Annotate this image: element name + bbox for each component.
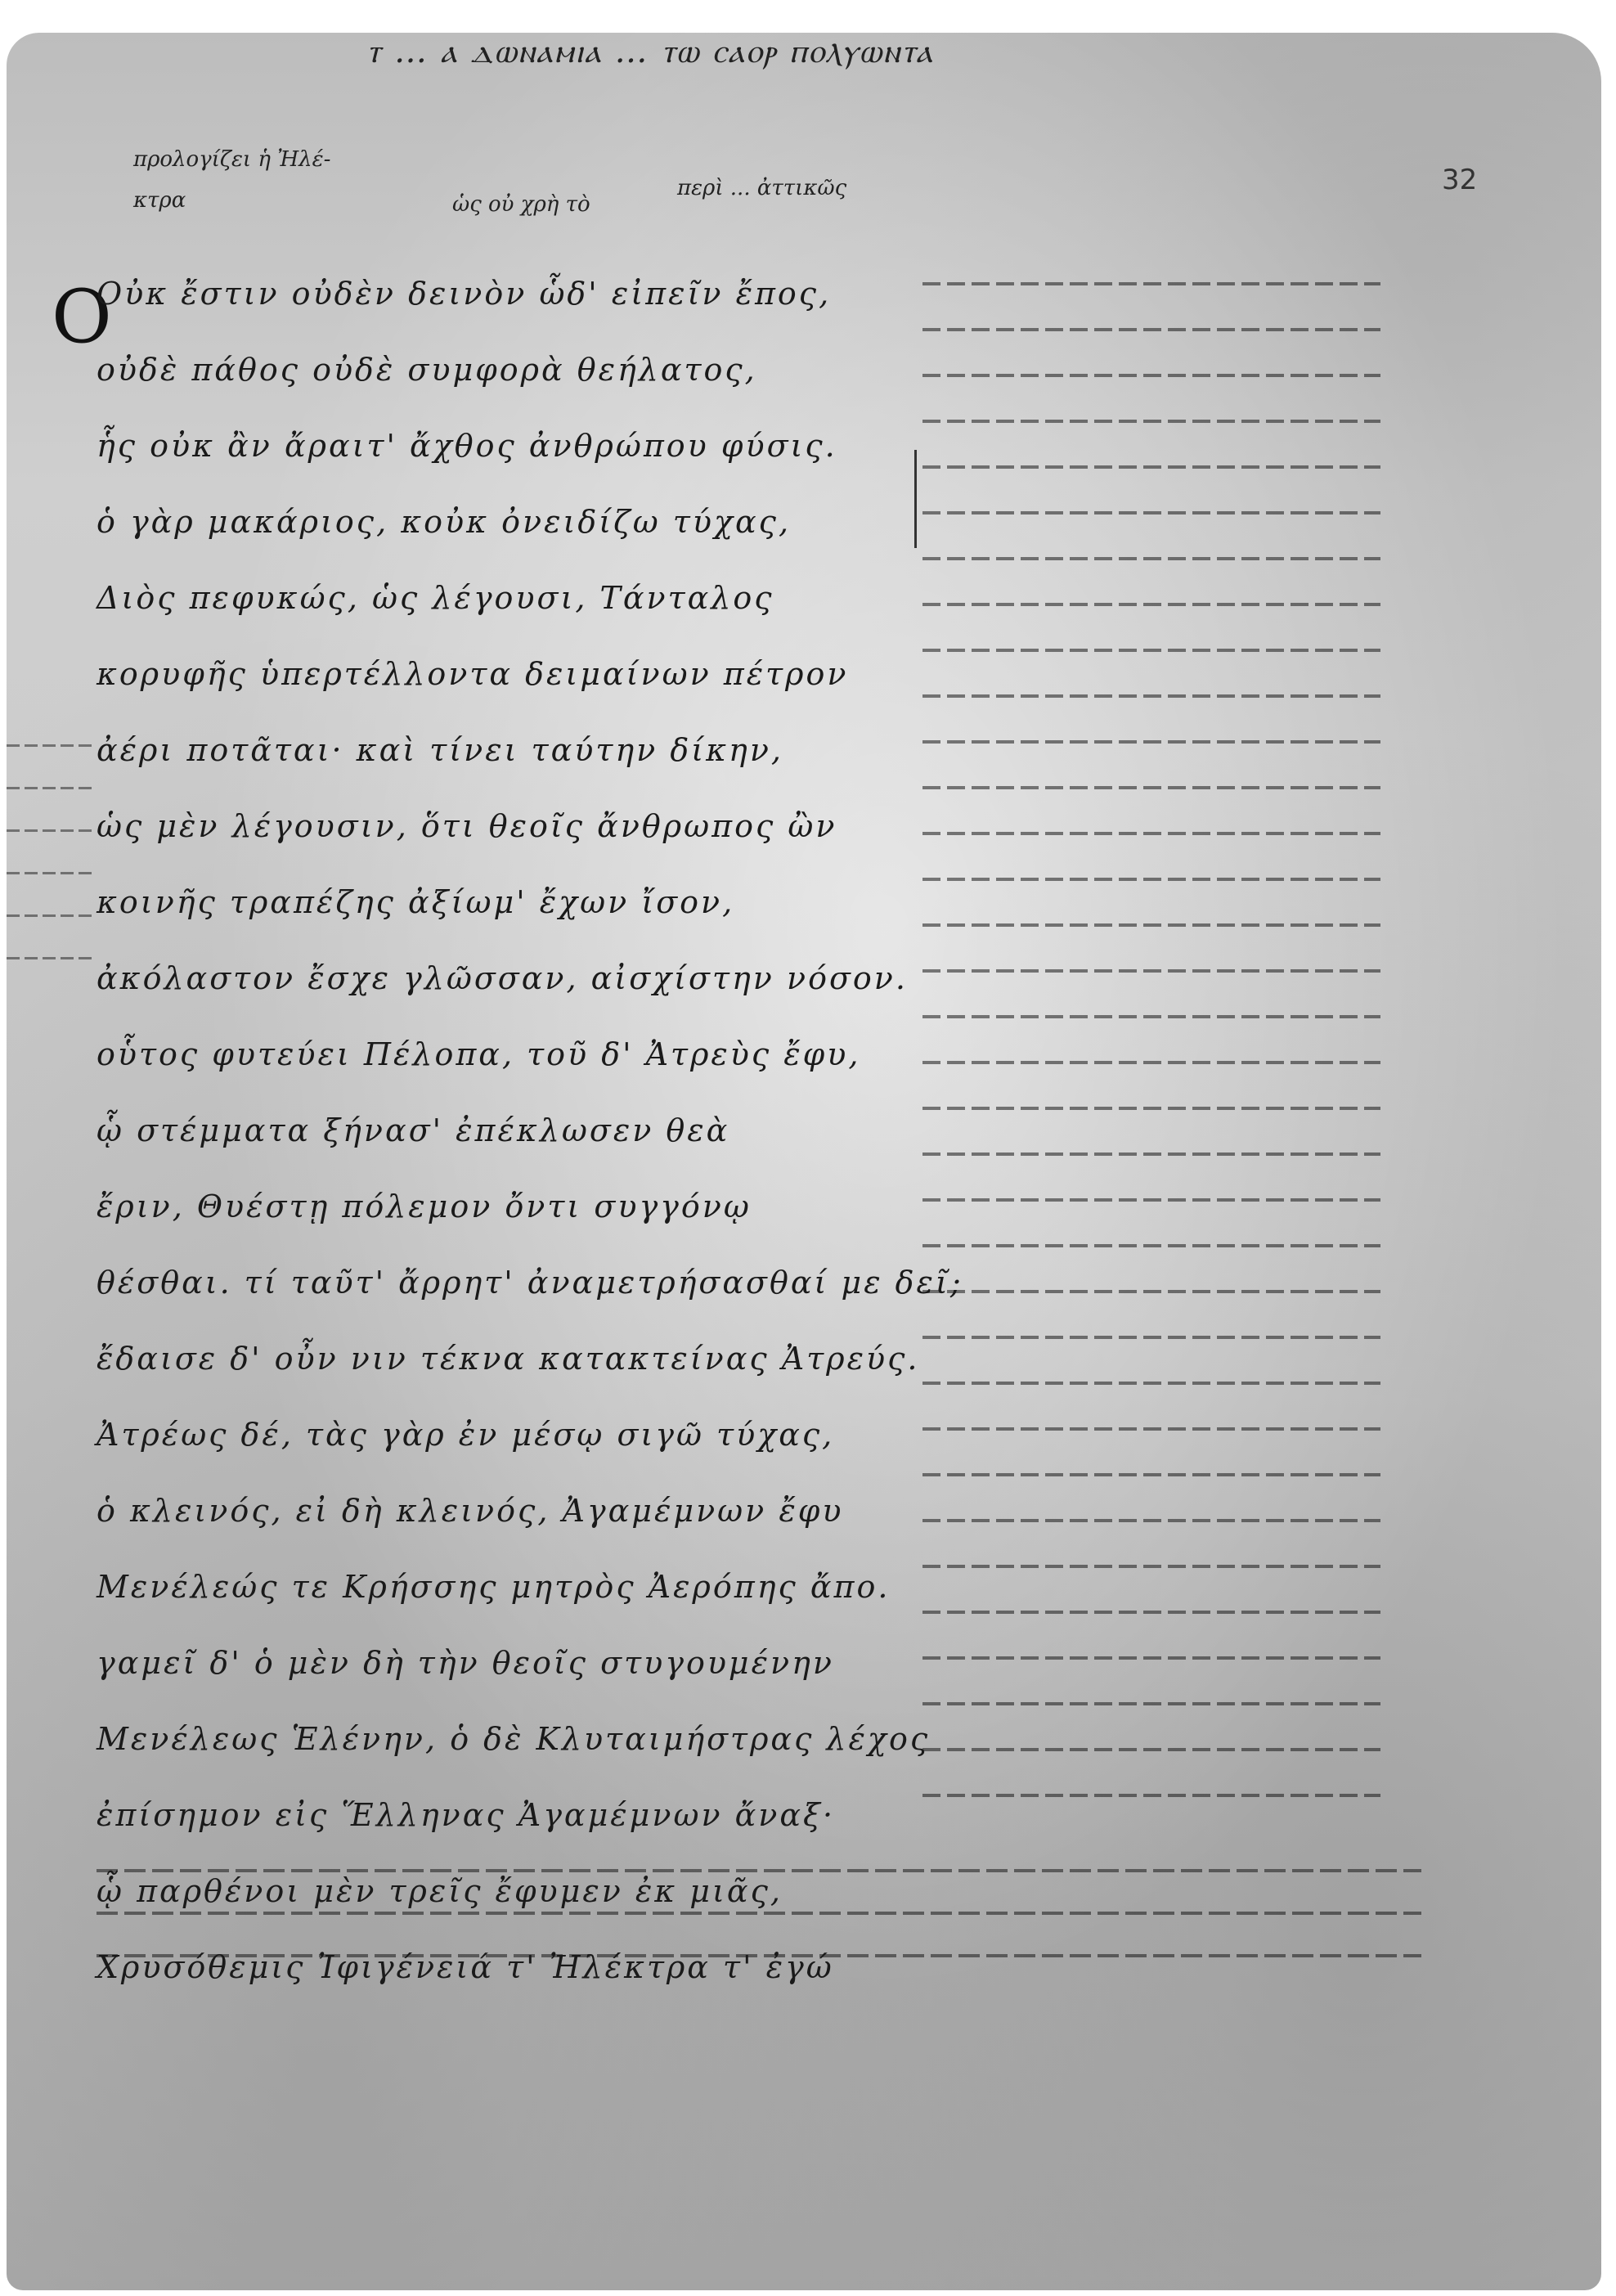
heading-line-1: προλογίζει ἡ Ἠλέ- (133, 147, 330, 172)
verse-line: ἀέρι ποτᾶται· καὶ τίνει ταύτην δίκην, (97, 735, 914, 766)
manuscript-page: ⲧ … ⲁ ⲇⲱⲛⲁⲙⲓⲁ … ⲧⲱ ⲥⲁⲟⲣ ⲡⲟⲗⲩⲱⲛⲧⲁ 32 προλ… (7, 33, 1601, 2290)
main-text-column: Οὐκ ἔστιν οὐδὲν δεινὸν ὧδ' εἰπεῖν ἔπος, … (97, 278, 914, 1983)
folio-number: 32 (1442, 164, 1477, 196)
verse-line: Μενέλεως Ἑλένην, ὁ δὲ Κλυταιμήστρας λέχο… (97, 1723, 914, 1755)
heading-center: ὡς οὐ χρὴ τὸ (452, 192, 590, 217)
verse-line: οὐδὲ πάθος οὐδὲ συμφορὰ θεήλατος, (97, 354, 914, 385)
verse-line: κορυφῆς ὑπερτέλλοντα δειμαίνων πέτρον (97, 658, 914, 690)
verse-line: ἔριν, Θυέστῃ πόλεμον ὄντι συγγόνῳ (97, 1191, 914, 1222)
verse-line: Διὸς πεφυκώς, ὡς λέγουσι, Τάνταλος (97, 582, 914, 613)
verse-line: Μενέλεώς τε Κρήσσης μητρὸς Ἀερόπης ἄπο. (97, 1571, 914, 1602)
scholia-bottom-block (97, 1853, 1421, 1975)
verse-line: ὁ κλεινός, εἰ δὴ κλεινός, Ἀγαμέμνων ἔφυ (97, 1495, 914, 1526)
verse-line: ἧς οὐκ ἂν ἄραιτ' ἄχθος ἀνθρώπου φύσις. (97, 430, 914, 461)
column-divider (914, 450, 917, 548)
verse-line: οὗτος φυτεύει Πέλοπα, τοῦ δ' Ἀτρεὺς ἔφυ, (97, 1039, 914, 1070)
heading-line-2: κτρα (133, 188, 186, 213)
scholia-right-column (922, 258, 1380, 1812)
verse-line: ὡς μὲν λέγουσιν, ὅτι θεοῖς ἄνθρωπος ὢν (97, 811, 914, 842)
verse-line: ἐπίσημον εἰς Ἕλληνας Ἀγαμέμνων ἄναξ· (97, 1800, 914, 1831)
verse-line: Ἀτρέως δέ, τὰς γὰρ ἐν μέσῳ σιγῶ τύχας, (97, 1419, 914, 1450)
verse-line: ὁ γὰρ μακάριος, κοὐκ ὀνειδίζω τύχας, (97, 506, 914, 537)
top-edge-fragment: ⲧ … ⲁ ⲇⲱⲛⲁⲙⲓⲁ … ⲧⲱ ⲥⲁⲟⲣ ⲡⲟⲗⲩⲱⲛⲧⲁ (366, 33, 934, 70)
verse-line: θέσθαι. τί ταῦτ' ἄρρητ' ἀναμετρήσασθαί μ… (97, 1267, 914, 1298)
verse-line: γαμεῖ δ' ὁ μὲν δὴ τὴν θεοῖς στυγουμένην (97, 1647, 914, 1678)
heading-right: περὶ ... ἀττικῶς (677, 176, 846, 200)
verse-line: Οὐκ ἔστιν οὐδὲν δεινὸν ὧδ' εἰπεῖν ἔπος, (97, 278, 914, 309)
verse-line: ἀκόλαστον ἔσχε γλῶσσαν, αἰσχίστην νόσον. (97, 963, 914, 994)
verse-line: ᾧ στέμματα ξήνασ' ἐπέκλωσεν θεὰ (97, 1115, 914, 1146)
verse-line: κοινῆς τραπέζης ἀξίωμ' ἔχων ἴσον, (97, 887, 914, 918)
left-margin-gloss (7, 720, 97, 982)
verse-line: ἔδαισε δ' οὖν νιν τέκνα κατακτείνας Ἀτρε… (97, 1343, 914, 1374)
